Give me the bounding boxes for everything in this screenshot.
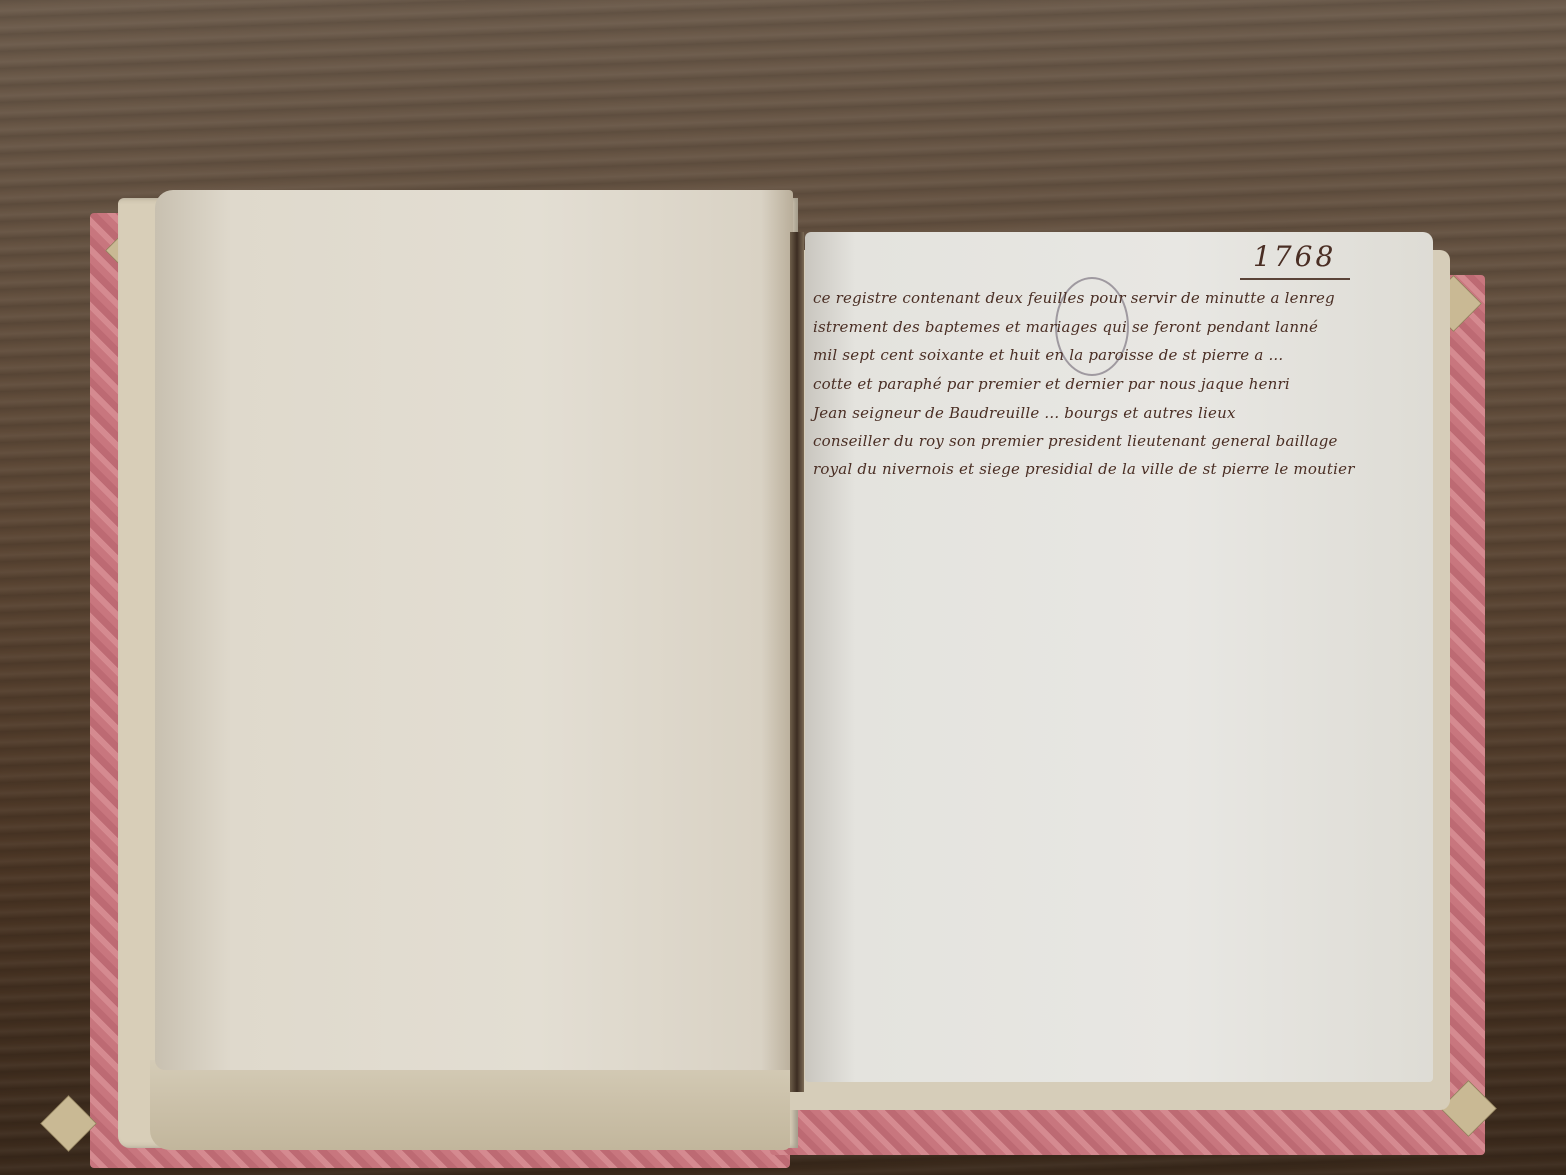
year-underline <box>1240 278 1350 280</box>
preamble-line: royal du nivernois et siege presidial de… <box>813 460 1355 478</box>
preamble-line: conseiller du roy son premier president … <box>813 432 1338 450</box>
left-page-blank <box>155 190 793 1070</box>
preamble-line: cotte et paraphé par premier et dernier … <box>813 375 1290 393</box>
preamble-line: mil sept cent soixante et huit en la par… <box>813 346 1283 364</box>
preamble-line: istrement des baptemes et mariages qui s… <box>813 318 1318 336</box>
left-page-edges <box>150 1060 790 1150</box>
right-page-register: 1768 ce registre contenant deux feuilles… <box>805 232 1433 1082</box>
book-gutter <box>790 232 804 1092</box>
cover-corner-bottom-left <box>40 1095 96 1151</box>
register-year: 1768 <box>1253 240 1336 273</box>
preamble-line: Jean seigneur de Baudreuille ... bourgs … <box>813 404 1236 422</box>
preamble-line: ce registre contenant deux feuilles pour… <box>813 289 1335 307</box>
